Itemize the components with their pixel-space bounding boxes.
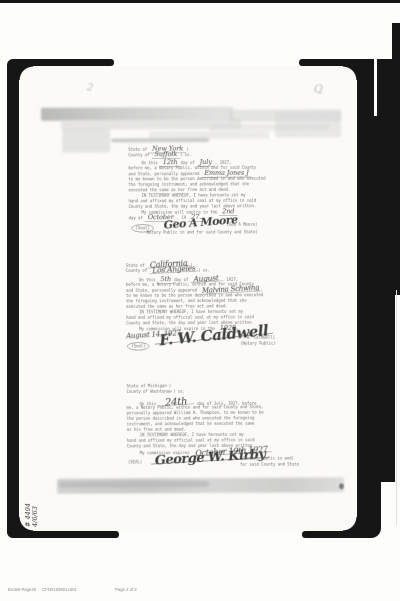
- county-label: County of: [128, 152, 149, 157]
- seal-stamp: (SEAL): [128, 459, 142, 465]
- appeared-handwriting: Emma Jones J: [201, 169, 251, 177]
- scan-speck: [339, 483, 344, 489]
- seal-stamp: (Seal): [127, 342, 149, 350]
- scanned-document-page: 2 Q State ofNew York) County ofSuffolk)s…: [0, 0, 400, 601]
- notary-title-line: (Notary Public): [240, 341, 276, 347]
- document-scan: 2 Q State ofNew York) County ofSuffolk)s…: [0, 0, 400, 601]
- footer-cfn-ref: CFN#1836014401: [42, 587, 77, 592]
- signature-row: (Seal) Geo A Moore (Geo A Moore) Notary …: [129, 220, 264, 236]
- day-handwriting: 5th: [157, 276, 174, 284]
- ss-label: ss.: [178, 389, 185, 394]
- footer-page-number: Page 2 of 2: [115, 587, 137, 592]
- notary-title-line: Notary Public in and for said County and…: [147, 229, 258, 235]
- margin-annotation-line: 4/6/63: [32, 487, 39, 527]
- ss-label: ss.: [203, 267, 210, 272]
- county-label: County of Washtenaw: [126, 389, 171, 394]
- signature-row: (SEAL) George W. Kirby (Notary Public in…: [127, 454, 279, 473]
- typed-name: (Geo A Moore): [227, 222, 258, 228]
- scan-smudge: [111, 138, 209, 143]
- paren: ): [198, 267, 200, 272]
- typed-name: (F. W. Caldwell): [237, 335, 275, 341]
- footer-book-ref: Book5-Page26: [8, 587, 36, 592]
- notary-block-3: State of Michigan) County of Washtenaw)s…: [126, 383, 278, 473]
- month-handwriting: August: [190, 275, 222, 283]
- day-handwriting: 12th: [160, 159, 181, 167]
- faint-pencil-mark: 2: [86, 82, 94, 94]
- footer-left: Book5-Page26CFN#1836014401: [8, 587, 77, 592]
- signature-row: August 14, 1927 (Seal) F. W. Caldwell (F…: [126, 331, 272, 352]
- notary-title-line: for said County and State: [240, 461, 299, 467]
- county-handwriting: Suffolk: [152, 151, 181, 159]
- margin-annotation: # 4494 4/6/63: [25, 487, 43, 527]
- faint-pencil-mark: Q: [313, 82, 323, 96]
- scan-smudge: [59, 481, 209, 488]
- scan-smudge: [62, 128, 110, 152]
- paren: ): [169, 383, 171, 388]
- month-handwriting: July: [197, 158, 215, 166]
- paren: ): [173, 389, 175, 394]
- typed-name: (Notary Public in and): [242, 456, 294, 462]
- notary-block-2: State ofCalifornia) County ofLos Angeles…: [126, 261, 272, 352]
- county-label: County of: [126, 268, 147, 273]
- scan-smudge: [209, 123, 329, 131]
- state-label: State of Michigan: [126, 383, 166, 388]
- notary-block-1: State ofNew York) County ofSuffolk)ss. O…: [128, 146, 263, 236]
